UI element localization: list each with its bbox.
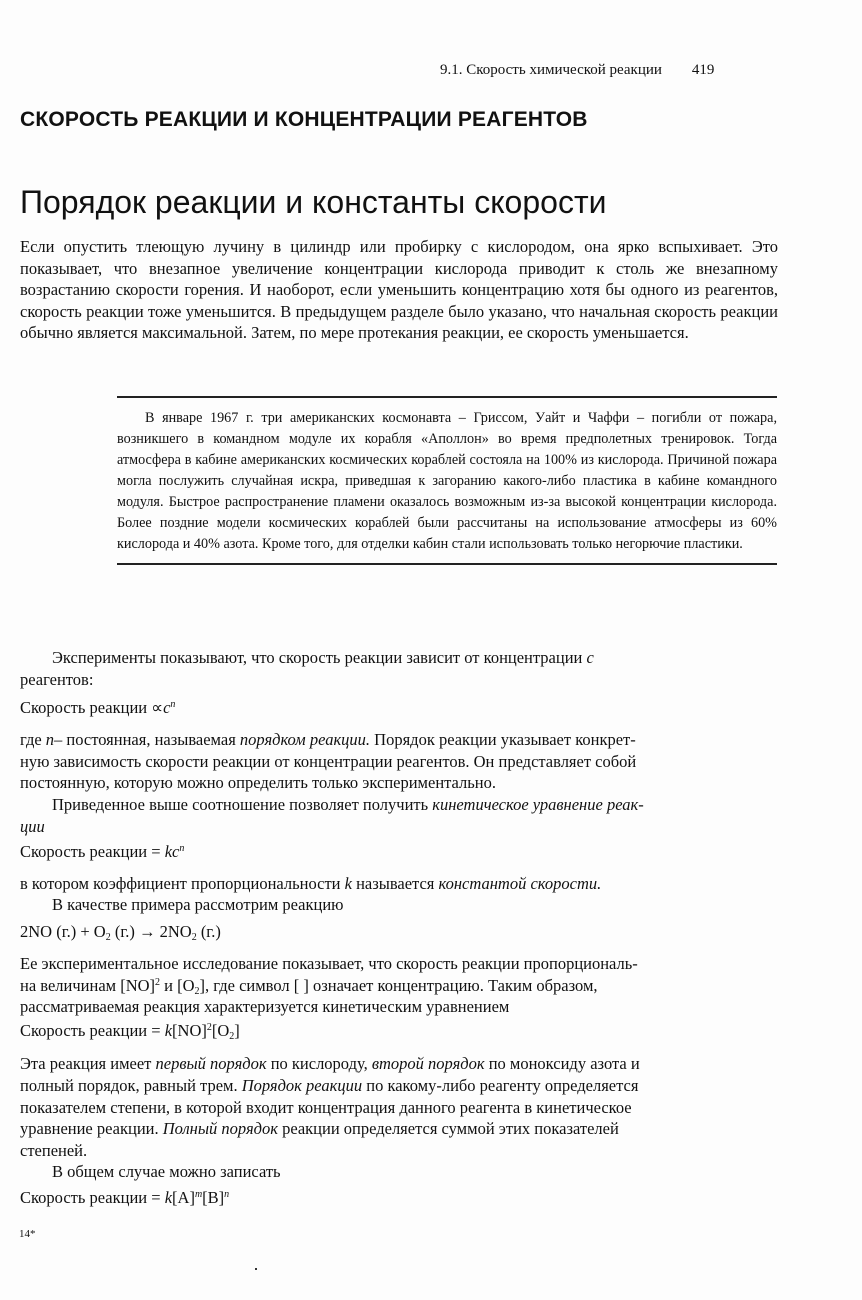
running-title: 9.1. Скорость химической реакции [440,62,662,78]
equation-general: Скорость реакции = k[A]m[B]n [20,1188,229,1208]
text: по кислороду, [271,1054,368,1073]
var-k: k [165,1188,172,1207]
text: в котором коэффициент пропорциональности [20,874,341,893]
text: где [20,730,42,749]
equation-rate-kcn: Скорость реакции = kcn [20,842,184,862]
text: называется [356,874,434,893]
term-rate-constant: константой скорости. [439,874,602,893]
var-n: n [170,699,175,710]
section-title: СКОРОСТЬ РЕАКЦИИ И КОНЦЕНТРАЦИИ РЕАГЕНТО… [20,108,588,132]
where-line-3: постоянную, которую можно определить тол… [20,773,496,793]
var-c: c [586,648,593,667]
text: ] [234,1021,240,1040]
equation-proportional: Скорость реакции ∝cn [20,698,175,718]
term-first-order: первый порядок [156,1054,267,1073]
text: ], где символ [ ] означает концентрацию.… [200,976,598,995]
eq-label: Скорость реакции = [20,1021,161,1040]
experiments-line-1: Эксперименты показывают, что скорость ре… [52,648,594,668]
coefficient-line: в котором коэффициент пропорциональности… [20,874,601,894]
eq-label: Скорость реакции [20,698,147,717]
study-line-1: Ее экспериментальное исследование показы… [20,954,638,974]
text: по моноксиду азота и [489,1054,640,1073]
where-line-2: ную зависимость скорости реакции от конц… [20,752,636,772]
text: полный порядок, равный трем. [20,1076,238,1095]
order-line-2: полный порядок, равный трем. Порядок реа… [20,1076,638,1096]
var-n: n [46,730,54,749]
study-line-2: на величинам [NO]2 и [O2], где символ [ … [20,976,598,996]
eq-label: Скорость реакции = [20,1188,161,1207]
running-header: 9.1. Скорость химической реакции419 [440,62,714,79]
text: [A] [172,1188,195,1207]
page-number: 419 [692,62,715,78]
text: Приведенное выше соотношение позволяет п… [52,795,428,814]
text: Эта реакция имеет [20,1054,151,1073]
speck [255,1268,257,1270]
text: уравнение реакции. [20,1119,159,1138]
var-k: k [165,842,172,861]
text: – постоянная, называемая [54,730,236,749]
text: и [O [160,976,195,995]
sidebar-box: В январе 1967 г. три американских космон… [117,396,777,565]
order-line-4: уравнение реакции. Полный порядок реакци… [20,1119,619,1139]
order-line-1: Эта реакция имеет первый порядок по кисл… [20,1054,640,1074]
term-second-order: второй порядок [372,1054,485,1073]
where-line-1: где n– постоянная, называемая порядком р… [20,730,636,750]
term-kinetic-equation-end: ции [20,817,45,836]
text: (г.) [197,922,221,941]
intro-paragraph: Если опустить тлеющую лучину в цилиндр и… [20,236,778,344]
above-line-2: ции [20,817,45,837]
proportional-symbol: ∝ [151,698,163,717]
experiments-line-2: реагентов: [20,670,93,690]
term-total-order: Полный порядок [163,1119,278,1138]
var-k: k [165,1021,172,1040]
reaction-equation: 2NO (г.) + O2 (г.) → 2NO2 (г.) [20,922,221,942]
eq-label: Скорость реакции = [20,842,161,861]
signature-mark: 14* [19,1228,36,1240]
order-line-3: показателем степени, в которой входит ко… [20,1098,632,1118]
above-line-1: Приведенное выше соотношение позволяет п… [52,795,644,815]
study-line-3: рассматриваемая реакция характеризуется … [20,997,509,1017]
term-kinetic-equation: кинетическое уравнение реак- [432,795,644,814]
text: на величинам [NO] [20,976,155,995]
var-n: n [179,843,184,854]
text: 2NO (г.) + O [20,922,106,941]
box-text: В январе 1967 г. три американских космон… [117,398,777,563]
var-k: k [345,874,352,893]
general-intro: В общем случае можно записать [52,1162,281,1182]
text: [O [212,1021,229,1040]
example-intro: В качестве примера рассмотрим реакцию [52,895,344,915]
text: (г.) → 2NO [111,922,192,941]
chapter-title: Порядок реакции и константы скорости [20,184,606,221]
text: Порядок реакции указывает конкрет- [374,730,636,749]
equation-rate-no-o2: Скорость реакции = k[NO]2[O2] [20,1021,240,1041]
var-n: n [224,1189,229,1200]
order-line-5: степеней. [20,1141,87,1161]
term-reaction-order: порядком реакции. [240,730,370,749]
text: Эксперименты показывают, что скорость ре… [52,648,582,667]
text: по какому-либо реагенту определяется [366,1076,638,1095]
box-bottom-rule [117,563,777,565]
term-reaction-order: Порядок реакции [242,1076,362,1095]
text: [B] [202,1188,224,1207]
text: реакции определяется суммой этих показат… [282,1119,619,1138]
text: [NO] [172,1021,207,1040]
